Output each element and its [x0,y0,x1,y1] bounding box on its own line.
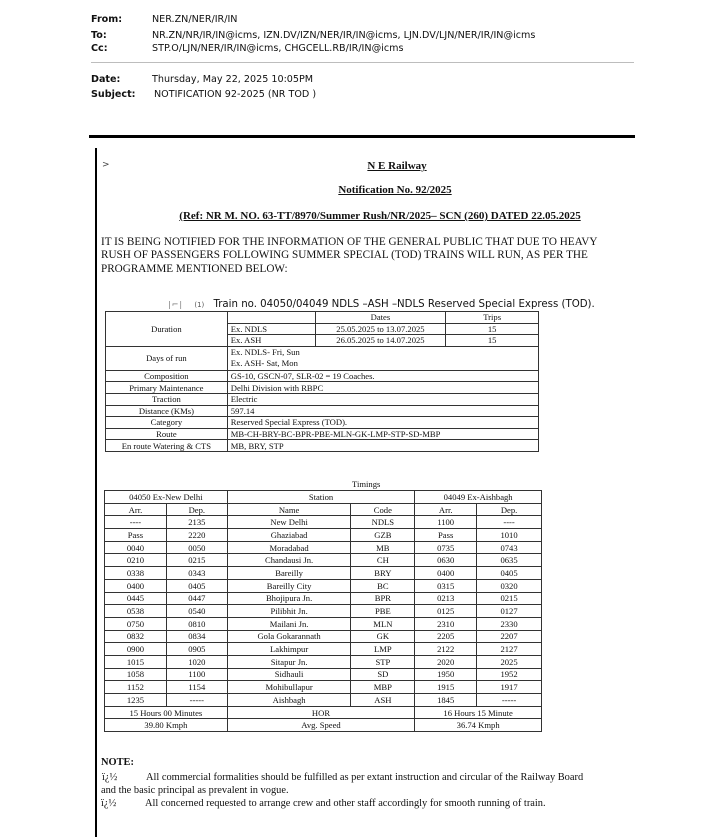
info-value: MB-CH-BRY-BC-BPR-PBE-MLN-GK-LMP-STP-SD-M… [227,428,538,440]
down-train-header: 04050 Ex-New Delhi [105,491,228,504]
timing-cell: 2135 [166,516,227,529]
timing-cell: 1917 [477,681,542,694]
cc-value: STP.O/LJN/NER/IR/IN@icms, CHGCELL.RB/IR/… [152,43,403,54]
timing-cell: CH [351,554,415,567]
table-row: TractionElectric [106,393,539,405]
days-label: Days of run [106,346,228,370]
timing-cell: GK [351,630,415,643]
column-header: Code [351,503,415,516]
table-row: 1235-----AishbaghASH1845----- [105,694,542,707]
timing-cell: Aishbagh [227,694,351,707]
intro-paragraph: IT IS BEING NOTIFIED FOR THE INFORMATION… [101,236,621,276]
quote-marker: > [102,160,110,170]
timing-cell: Pass [415,529,477,542]
timing-cell: 0210 [105,554,167,567]
header-divider [91,62,634,63]
info-label: Route [106,428,228,440]
timing-cell: ----- [166,694,227,707]
timing-cell: MB [351,541,415,554]
timings-caption: Timings [352,479,380,489]
info-label: Distance (KMs) [106,405,228,417]
timing-cell: 1152 [105,681,167,694]
note-item: ï¿½All concerned requested to arrange cr… [101,798,546,809]
timing-cell: 0538 [105,605,167,618]
timing-cell: 1058 [105,668,167,681]
column-header: Arr. [105,503,167,516]
speed-label: Avg. Speed [227,719,415,732]
body-separator [89,135,635,138]
up-train-header: 04049 Ex-Aishbagh [415,491,542,504]
timing-cell: 1015 [105,655,167,668]
quote-bar [95,148,97,837]
table-row: CategoryReserved Special Express (TOD). [106,417,539,429]
timing-cell: MLN [351,617,415,630]
subject-value: NOTIFICATION 92-2025 (NR TOD ) [154,89,316,100]
info-value: GS-10, GSCN-07, SLR-02 = 19 Coaches. [227,370,538,382]
table-row: CompositionGS-10, GSCN-07, SLR-02 = 19 C… [106,370,539,382]
timing-cell: 1100 [415,516,477,529]
speed-down: 39.80 Kmph [105,719,228,732]
to-value: NR.ZN/NR/IR/IN@icms, IZN.DV/IZN/NER/IR/I… [152,30,535,41]
timing-cell: MBP [351,681,415,694]
table-row: Duration Dates Trips [106,312,539,324]
info-value: Reserved Special Express (TOD). [227,417,538,429]
timing-cell: 1154 [166,681,227,694]
timing-cell: 0320 [477,579,542,592]
timing-cell: 1020 [166,655,227,668]
timing-cell: Mailani Jn. [227,617,351,630]
timing-cell: 0905 [166,643,227,656]
table-row: Arr.Dep.NameCodeArr.Dep. [105,503,542,516]
info-label: Composition [106,370,228,382]
table-row: 04000405Bareilly CityBC03150320 [105,579,542,592]
broken-image-icon: |⌐| [168,300,183,309]
timing-cell: 0050 [166,541,227,554]
timing-cell: 1100 [166,668,227,681]
date-value: Thursday, May 22, 2025 10:05PM [152,74,313,85]
timing-cell: Mohibullapur [227,681,351,694]
timing-cell: New Delhi [227,516,351,529]
table-row: ----2135New DelhiNDLS1100---- [105,516,542,529]
timing-cell: 2020 [415,655,477,668]
timings-table: 04050 Ex-New Delhi Station 04049 Ex-Aish… [104,490,542,732]
table-row: Primary MaintenanceDelhi Division with R… [106,382,539,394]
info-value: Electric [227,393,538,405]
timing-cell: 0635 [477,554,542,567]
train-title: |⌐| (1) Train no. 04050/04049 NDLS –ASH … [168,299,595,310]
timing-cell: ----- [477,694,542,707]
timing-cell: BRY [351,567,415,580]
table-row: 10581100SidhauliSD19501952 [105,668,542,681]
column-header: Arr. [415,503,477,516]
timing-cell: Moradabad [227,541,351,554]
info-value: Delhi Division with RBPC [227,382,538,394]
duration-dates: 26.05.2025 to 14.07.2025 [315,335,446,347]
timing-cell: 1235 [105,694,167,707]
timing-cell: 0343 [166,567,227,580]
days-value: Ex. NDLS- Fri, Sun Ex. ASH- Sat, Mon [227,346,538,370]
timing-cell: 1845 [415,694,477,707]
timing-cell: 2025 [477,655,542,668]
table-row: 39.80 Kmph Avg. Speed 36.74 Kmph [105,719,542,732]
table-row: 09000905LakhimpurLMP21222127 [105,643,542,656]
org-title: N E Railway [132,160,662,172]
hor-up: 16 Hours 15 Minute [415,706,542,719]
timing-cell: Bareilly [227,567,351,580]
duration-label: Duration [106,312,228,347]
table-row: RouteMB-CH-BRY-BC-BPR-PBE-MLN-GK-LMP-STP… [106,428,539,440]
timing-cell: 2207 [477,630,542,643]
timing-cell: 0810 [166,617,227,630]
timing-cell: ---- [477,516,542,529]
timing-cell: 0400 [105,579,167,592]
reference-line: (Ref: NR M. NO. 63-TT/8970/Summer Rush/N… [115,210,645,222]
timing-cell: Ghaziabad [227,529,351,542]
timing-cell: 2205 [415,630,477,643]
timing-cell: ---- [105,516,167,529]
duration-dates: 25.05.2025 to 13.07.2025 [315,323,446,335]
timing-cell: NDLS [351,516,415,529]
timing-cell: 2330 [477,617,542,630]
from-value: NER.ZN/NER/IR/IN [152,14,237,25]
table-row: Days of run Ex. NDLS- Fri, Sun Ex. ASH- … [106,346,539,370]
timing-cell: Lakhimpur [227,643,351,656]
table-row: 08320834Gola GokarannathGK22052207 [105,630,542,643]
hor-label: HOR [227,706,415,719]
table-row: Pass2220GhaziabadGZBPass1010 [105,529,542,542]
duration-from: Ex. NDLS [227,323,315,335]
timing-cell: 2310 [415,617,477,630]
timing-cell: Sidhauli [227,668,351,681]
table-row: 07500810Mailani Jn.MLN23102330 [105,617,542,630]
timing-cell: 0630 [415,554,477,567]
timing-cell: 0040 [105,541,167,554]
from-label: From: [91,14,122,25]
timing-cell: 2220 [166,529,227,542]
timing-cell: SD [351,668,415,681]
timing-cell: GZB [351,529,415,542]
table-row: 00400050MoradabadMB07350743 [105,541,542,554]
timing-cell: 0540 [166,605,227,618]
timing-cell: 1010 [477,529,542,542]
timing-cell: 0315 [415,579,477,592]
note-title: NOTE: [101,757,134,768]
notification-title: Notification No. 92/2025 [130,184,660,196]
table-row: 04050 Ex-New Delhi Station 04049 Ex-Aish… [105,491,542,504]
timing-cell: 0832 [105,630,167,643]
timing-cell: 0445 [105,592,167,605]
info-value: 597.14 [227,405,538,417]
trips-header: Trips [446,312,539,324]
timing-cell: Gola Gokarannath [227,630,351,643]
table-row: 04450447Bhojipura Jn.BPR02130215 [105,592,542,605]
timing-cell: 0405 [166,579,227,592]
info-value: MB, BRY, STP [227,440,538,452]
to-label: To: [91,30,107,41]
info-label: Category [106,417,228,429]
timing-cell: 0735 [415,541,477,554]
duration-trips: 15 [446,335,539,347]
cc-label: Cc: [91,43,108,54]
timing-cell: 0125 [415,605,477,618]
note-continuation: and the basic principal as prevalent in … [101,785,289,796]
table-row: 05380540Pilibhit Jn.PBE01250127 [105,605,542,618]
table-row: Distance (KMs)597.14 [106,405,539,417]
timing-cell: 0215 [477,592,542,605]
speed-up: 36.74 Kmph [415,719,542,732]
timing-cell: 0750 [105,617,167,630]
train-index: (1) [194,301,204,309]
timing-cell: 0405 [477,567,542,580]
table-row: 15 Hours 00 Minutes HOR 16 Hours 15 Minu… [105,706,542,719]
table-row: 02100215Chandausi Jn.CH06300635 [105,554,542,567]
train-info-table: Duration Dates Trips Ex. NDLS 25.05.2025… [105,311,539,452]
timing-cell: BPR [351,592,415,605]
table-row: 03380343BareillyBRY04000405 [105,567,542,580]
timing-cell: Bareilly City [227,579,351,592]
timing-cell: Pilibhit Jn. [227,605,351,618]
table-row: 11521154MohibullapurMBP19151917 [105,681,542,694]
train-title-text: Train no. 04050/04049 NDLS –ASH –NDLS Re… [214,299,595,310]
station-header: Station [227,491,415,504]
date-label: Date: [91,74,120,85]
column-header: Dep. [477,503,542,516]
column-header: Name [227,503,351,516]
timing-cell: 1915 [415,681,477,694]
column-header: Dep. [166,503,227,516]
timing-cell: 1952 [477,668,542,681]
timing-cell: 0338 [105,567,167,580]
duration-trips: 15 [446,323,539,335]
timing-cell: PBE [351,605,415,618]
timing-cell: 2122 [415,643,477,656]
timing-cell: 0215 [166,554,227,567]
timing-cell: LMP [351,643,415,656]
timing-cell: 0447 [166,592,227,605]
timing-cell: 0743 [477,541,542,554]
timing-cell: 1950 [415,668,477,681]
timing-cell: STP [351,655,415,668]
timing-cell: Sitapur Jn. [227,655,351,668]
timing-cell: BC [351,579,415,592]
note-bullet: ï¿½ [101,798,145,809]
info-label: Primary Maintenance [106,382,228,394]
info-label: Traction [106,393,228,405]
note-item: ï¿½All commercial formalities should be … [102,772,583,783]
table-row: En route Watering & CTSMB, BRY, STP [106,440,539,452]
timing-cell: 0400 [415,567,477,580]
timing-cell: 0213 [415,592,477,605]
timing-cell: Bhojipura Jn. [227,592,351,605]
timing-cell: 2127 [477,643,542,656]
hor-down: 15 Hours 00 Minutes [105,706,228,719]
timing-cell: 0900 [105,643,167,656]
duration-from: Ex. ASH [227,335,315,347]
timing-cell: Chandausi Jn. [227,554,351,567]
info-label: En route Watering & CTS [106,440,228,452]
subject-label: Subject: [91,89,136,100]
timing-cell: 0834 [166,630,227,643]
table-row: 10151020Sitapur Jn.STP20202025 [105,655,542,668]
timing-cell: Pass [105,529,167,542]
note-bullet: ï¿½ [102,772,146,783]
dates-header: Dates [315,312,446,324]
timing-cell: 0127 [477,605,542,618]
timing-cell: ASH [351,694,415,707]
